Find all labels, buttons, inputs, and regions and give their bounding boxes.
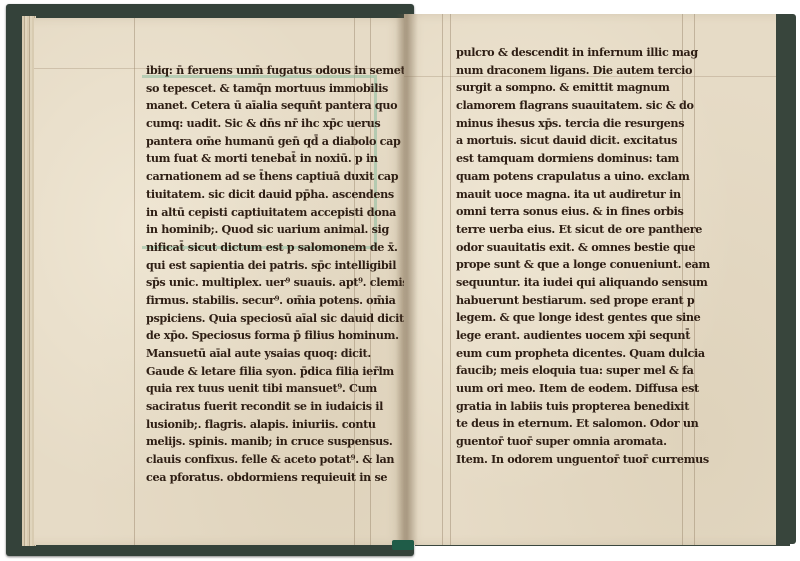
text-line: pulcro & descendit in infernum illic mag bbox=[456, 44, 710, 62]
text-line: a mortuis. sicut dauid dicit. excitatus bbox=[456, 132, 710, 150]
text-line: est tamquam dormiens dominus: tam bbox=[456, 150, 710, 168]
text-line: faucib; meis eloquia tua: super mel & fa bbox=[456, 362, 710, 380]
ruling-line bbox=[134, 18, 135, 545]
text-line: eum cum propheta dicentes. Quam dulcia bbox=[456, 345, 710, 363]
ruling-line bbox=[450, 14, 451, 545]
text-line: sequuntur. ita iudei qui aliquando sensu… bbox=[456, 274, 710, 292]
text-line: Mansuetū aīal aute ysaias quoq: dicit. bbox=[146, 345, 420, 363]
text-line: quam potens crapulatus a uino. exclam bbox=[456, 168, 710, 186]
text-line: carnationem ad se t̄hens captiuā duxit c… bbox=[146, 168, 420, 186]
text-line: tum fuat & morti tenebat̄ in noxiū. p in bbox=[146, 150, 420, 168]
right-page: pulcro & descendit in infernum illic mag… bbox=[404, 14, 776, 545]
text-line: saciratus fuerit recondit se in iudaicis… bbox=[146, 398, 420, 416]
left-page: ibiq: n̄ feruens unm̄ fugatus odous in s… bbox=[34, 18, 406, 545]
text-line: terre uerba eius. Et sicut de ore panthe… bbox=[456, 221, 710, 239]
text-line: sp̄s unic. multiplex. uer⁹ suauis. apt⁹.… bbox=[146, 274, 420, 292]
text-line: legem. & que longe idest gentes que sine bbox=[456, 309, 710, 327]
text-line: te deus in eternum. Et salomon. Odor un bbox=[456, 415, 710, 433]
text-line: uum ori meo. Item de eodem. Diffusa est bbox=[456, 380, 710, 398]
right-page-text: pulcro & descendit in infernum illic mag… bbox=[456, 44, 710, 469]
text-line: in hominib;. Quod sic uarium animal. sig bbox=[146, 221, 420, 239]
text-line: lusionib;. flagris. alapis. iniuriis. co… bbox=[146, 416, 420, 434]
text-line: de xp̄o. Speciosus forma p̄ filius homin… bbox=[146, 327, 420, 345]
text-line: gratia in labiis tuis propterea benedixi… bbox=[456, 398, 710, 416]
text-line: surgit a sompno. & emittit magnum bbox=[456, 79, 710, 97]
ruling-line bbox=[442, 14, 443, 545]
text-line: habuerunt bestiarum. sed prope erant p bbox=[456, 292, 710, 310]
spine-gutter bbox=[396, 14, 418, 545]
text-line: prope sunt & que a longe conueniunt. eam bbox=[456, 256, 710, 274]
text-line: pantera om̄e humanū gen̄ qd̄ a diabolo c… bbox=[146, 133, 420, 151]
text-line: Item. In odorem unguentor̄ tuor̄ curremu… bbox=[456, 451, 710, 469]
text-line: firmus. stabilis. secur⁹. om̄ia potens. … bbox=[146, 292, 420, 310]
text-line: pspiciens. Quia speciosū aīal sic dauid … bbox=[146, 310, 420, 328]
text-line: mauit uoce magna. ita ut audiretur in bbox=[456, 186, 710, 204]
text-line: quia rex tuus uenit tibi mansuet⁹. Cum bbox=[146, 380, 420, 398]
text-line: qui est sapientia dei patris. sp̄c intel… bbox=[146, 257, 420, 275]
text-line: lege erant. audientes uocem xp̄i sequnt̄ bbox=[456, 327, 710, 345]
text-line: cumq: uadit. Sic & dn̄s nr̄ ihc xp̄c uer… bbox=[146, 115, 420, 133]
text-line: clauis confixus. felle & aceto potat⁹. &… bbox=[146, 451, 420, 469]
text-line: clamorem flagrans suauitatem. sic & do bbox=[456, 97, 710, 115]
text-line: guentor̄ tuor̄ super omnia aromata. bbox=[456, 433, 710, 451]
text-line: tiuitatem. sic dicit dauid pp̄ha. ascend… bbox=[146, 186, 420, 204]
text-line: manet. Cetera ū aīalia sequn̄t pantera q… bbox=[146, 97, 420, 115]
text-line: nificat̄ sicut dictum est p salomonem de… bbox=[146, 239, 420, 257]
text-line: melijs. spinis. manib; in cruce suspensu… bbox=[146, 433, 420, 451]
green-clasp bbox=[392, 540, 414, 550]
text-line: so tepescet. & tamq̄n mortuus immobilis bbox=[146, 80, 420, 98]
text-line: cea pforatus. obdormiens requieuit in se bbox=[146, 469, 420, 487]
text-line: num draconem ligans. Die autem tercio bbox=[456, 62, 710, 80]
text-line: Gaude & letare filia syon. p̄dica filia … bbox=[146, 363, 420, 381]
text-line: omni terra sonus eius. & in fines orbis bbox=[456, 203, 710, 221]
left-page-text: ibiq: n̄ feruens unm̄ fugatus odous in s… bbox=[146, 62, 420, 487]
text-line: ibiq: n̄ feruens unm̄ fugatus odous in s… bbox=[146, 62, 420, 80]
text-line: odor suauitatis exit. & omnes bestie que bbox=[456, 239, 710, 257]
open-manuscript: ibiq: n̄ feruens unm̄ fugatus odous in s… bbox=[0, 0, 800, 561]
text-line: in altū cepisti captiuitatem accepisti d… bbox=[146, 204, 420, 222]
text-line: minus ihesus xp̄s. tercia die resurgens bbox=[456, 115, 710, 133]
